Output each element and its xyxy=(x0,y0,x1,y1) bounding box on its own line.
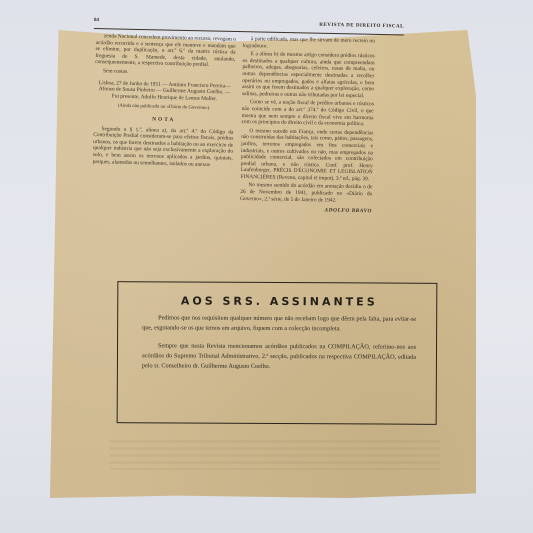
bleed-through-text xyxy=(110,440,440,470)
publication-aside: (Ainda não publicado no «Diário do Gover… xyxy=(94,103,234,113)
paragraph: O mesmo sucede em França, onde certas de… xyxy=(240,128,373,183)
subscribers-notice-box: AOS SRS. ASSINANTES Pedimos que nos requ… xyxy=(117,281,438,425)
right-column: à parte edificada, mas que lhe sirvam de… xyxy=(240,36,375,215)
note-title: NOTA xyxy=(94,115,234,125)
paragraph: No mesmo sentido do acórdão em anotação … xyxy=(240,182,372,204)
paragraph: zenda Nacional concedem provimento ao re… xyxy=(95,33,236,70)
paragraph: à parte edificada, mas que lhe sirvam de… xyxy=(243,36,375,51)
paragraph: Como se vê, a noção fiscal de prédios ur… xyxy=(241,99,373,128)
journal-title: REVISTA DE DIREITO FISCAL xyxy=(319,23,404,30)
page-header: 84 REVISTA DE DIREITO FISCAL xyxy=(94,18,404,35)
left-column: zenda Nacional concedem provimento ao re… xyxy=(92,33,235,171)
notice-title: AOS SRS. ASSINANTES xyxy=(142,294,416,308)
notice-paragraph: Sempre que nesta Revista mencionamos acó… xyxy=(142,341,416,372)
paragraph: E a alínea b) do mesmo artigo considera … xyxy=(242,51,375,99)
paragraph: Sem custas. xyxy=(95,68,235,78)
signature: Lisboa, 27 de Junho de 1951 — António Fr… xyxy=(94,80,234,103)
notice-paragraph: Pedimos que nos requisitem qualquer núme… xyxy=(142,313,416,334)
page-number: 84 xyxy=(94,18,99,23)
note-text: Segundo o § 1.º, alínea a), do art.º 4.º… xyxy=(93,125,234,168)
